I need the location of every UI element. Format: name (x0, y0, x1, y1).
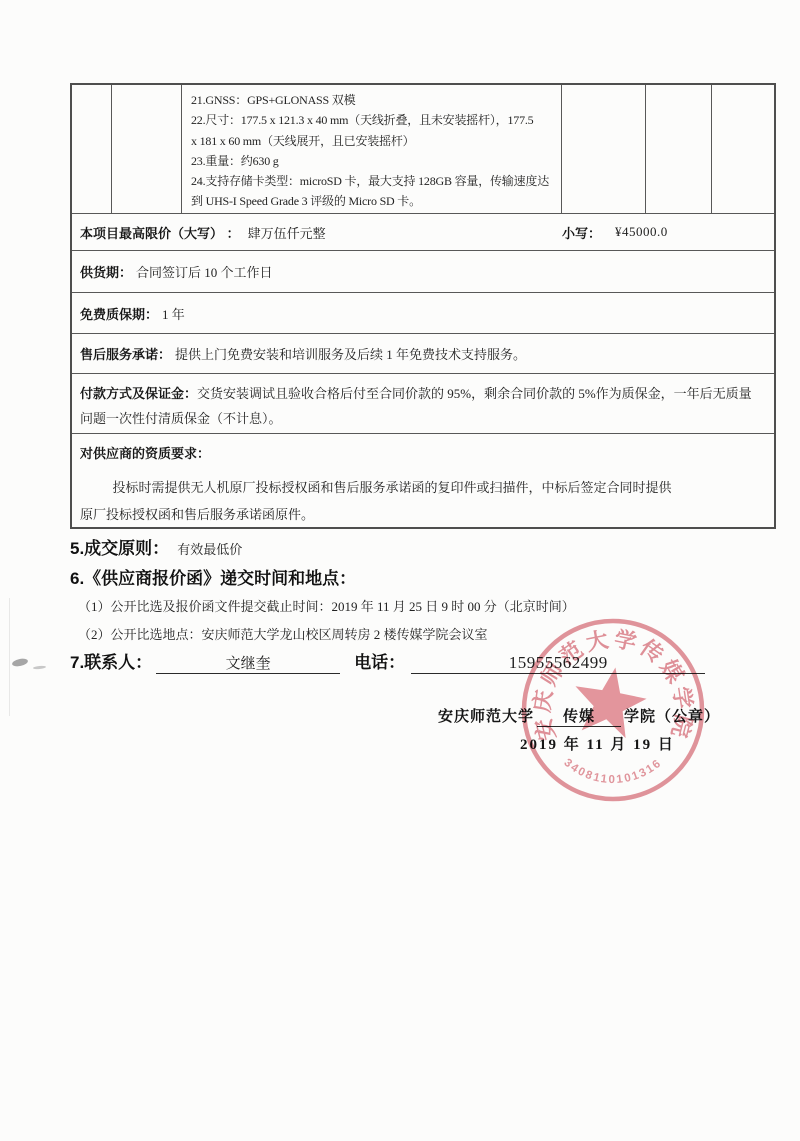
max-price-label: 本项目最高限价（大写） ： (80, 223, 240, 242)
numeric-price-value: ¥45000.0 (615, 224, 668, 240)
spec-line-card-2: 到 UHS-I Speed Grade 3 评级的 Micro SD 卡。 (191, 191, 557, 211)
max-price-numeric: 小写： ¥45000.0 (562, 214, 668, 250)
after-sales-label: 售后服务承诺： (80, 344, 171, 363)
phone-label: 电话： (354, 648, 405, 673)
warranty-label: 免费质保期： (80, 304, 158, 323)
section-5-award-principle: 5.成交原则： 有效最低价 (70, 534, 242, 559)
signature-org-suffix: 学院（公章） (624, 709, 720, 725)
scan-smudge (11, 657, 28, 667)
spec-cell-details: 21.GNSS：GPS+GLONASS 双模 22.尺寸：177.5 x 121… (182, 85, 562, 213)
supply-period-label: 供货期： (80, 262, 132, 281)
spec-line-size-1: 22.尺寸：177.5 x 121.3 x 40 mm（天线折叠，且未安装摇杆）… (191, 110, 557, 130)
section-5-title: 5.成交原则： (70, 534, 169, 559)
spec-line-size-2: x 181 x 60 mm（天线展开，且已安装摇杆） (191, 131, 557, 151)
spec-cell-index (72, 85, 112, 213)
phone-number-field: 15955562499 (411, 653, 705, 674)
section-6-item-deadline: （1）公开比选及报价函文件提交截止时间：2019 年 11 月 25 日 9 时… (78, 596, 778, 615)
svg-text:3408110101316: 3408110101316 (562, 757, 665, 786)
section-7-contact: 7.联系人： 文继奎 电话： 15955562499 (70, 648, 705, 674)
table-row-after-sales: 售后服务承诺： 提供上门免费安装和培训服务及后续 1 年免费技术支持服务。 (72, 333, 774, 373)
scanned-document-page: 21.GNSS：GPS+GLONASS 双模 22.尺寸：177.5 x 121… (0, 0, 800, 1141)
payment-terms-label: 付款方式及保证金： (80, 386, 197, 401)
numeric-price-label: 小写： (562, 223, 601, 242)
scan-smudge (33, 665, 46, 669)
spec-cell-item (112, 85, 182, 213)
signature-org-fill: 传媒 (537, 705, 621, 727)
spec-cell-qty (562, 85, 646, 213)
section-6-submission: 6.《供应商报价函》递交时间和地点： (70, 564, 356, 589)
section-6-title: 6.《供应商报价函》递交时间和地点： (70, 569, 356, 588)
spec-cell-note (712, 85, 774, 213)
table-row-supply-period: 供货期： 合同签订后 10 个工作日 (72, 250, 774, 292)
spec-line-weight: 23.重量：约630 g (191, 151, 557, 171)
spec-and-terms-table: 21.GNSS：GPS+GLONASS 双模 22.尺寸：177.5 x 121… (70, 83, 776, 529)
signature-org-line: 安庆师范大学传媒学院（公章） (438, 705, 720, 727)
qualification-label: 对供应商的资质要求： (80, 443, 764, 462)
after-sales-value: 提供上门免费安装和培训服务及后续 1 年免费技术支持服务。 (175, 344, 526, 363)
signature-org-prefix: 安庆师范大学 (438, 709, 534, 725)
contact-name-field: 文继奎 (156, 652, 340, 674)
spec-line-gnss: 21.GNSS：GPS+GLONASS 双模 (191, 90, 557, 110)
section-6-item-location: （2）公开比选地点：安庆师范大学龙山校区周转房 2 楼传媒学院会议室 (78, 624, 778, 643)
signature-date: 2019 年 11 月 19 日 (520, 733, 675, 754)
table-row-max-price: 本项目最高限价（大写） ： 肆万伍仟元整 小写： ¥45000.0 (72, 213, 774, 250)
spec-cell-unit (646, 85, 712, 213)
table-row-specs: 21.GNSS：GPS+GLONASS 双模 22.尺寸：177.5 x 121… (72, 85, 774, 213)
table-row-warranty: 免费质保期： 1 年 (72, 292, 774, 333)
scan-crease (9, 598, 10, 716)
table-row-payment-terms: 付款方式及保证金：交货安装调试且验收合格后付至合同价款的 95%，剩余合同价款的… (72, 373, 774, 433)
seal-serial-number: 3408110101316 (562, 757, 665, 786)
spec-line-card-1: 24.支持存储卡类型：microSD 卡，最大支持 128GB 容量，传输速度达 (191, 171, 557, 191)
warranty-value: 1 年 (162, 304, 185, 323)
qualification-paragraph: 投标时需提供无人机原厂投标授权函和售后服务承诺函的复印件或扫描件，中标后签定合同… (80, 474, 684, 528)
section-5-value: 有效最低价 (177, 539, 242, 558)
table-row-qualification: 对供应商的资质要求： 投标时需提供无人机原厂投标授权函和售后服务承诺函的复印件或… (72, 433, 774, 527)
max-price-value: 肆万伍仟元整 (248, 223, 326, 242)
supply-period-value: 合同签订后 10 个工作日 (136, 262, 273, 281)
section-7-title: 7.联系人： (70, 648, 152, 673)
